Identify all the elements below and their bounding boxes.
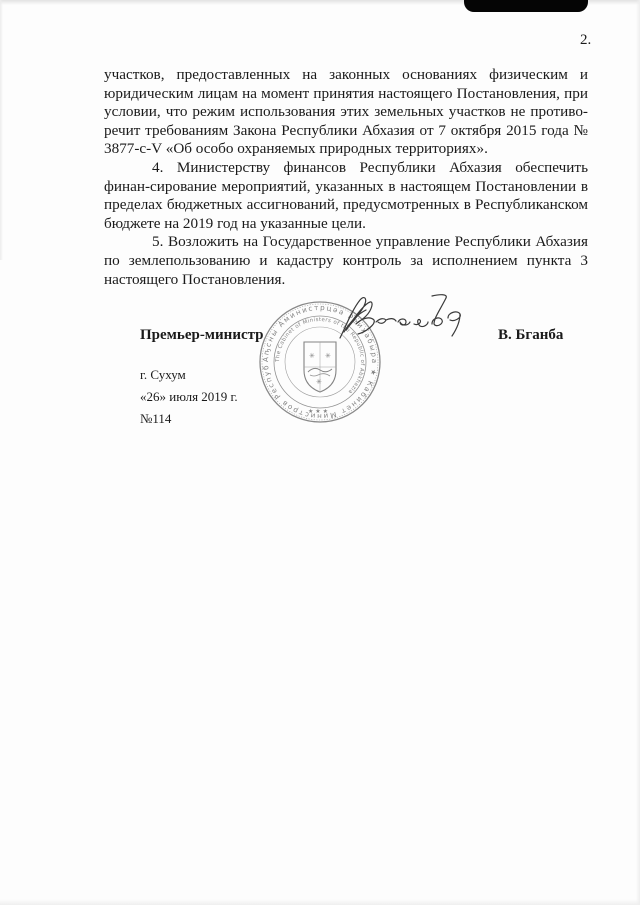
page-number: 2.	[580, 32, 591, 49]
document-body: участков, предоставленных на законных ос…	[104, 66, 588, 289]
svg-text:The Cabinet of Ministers of th: The Cabinet of Ministers of the Republic…	[275, 317, 365, 395]
paragraph-item-4: 4. Министерству финансов Республики Абха…	[104, 159, 588, 233]
redaction-mark	[464, 0, 588, 12]
document-city: г. Сухум	[140, 367, 186, 383]
handwritten-signature-icon	[336, 288, 468, 344]
signatory-title: Премьер-министр	[140, 327, 264, 344]
paragraph-item-5: 5. Возложить на Государственное управлен…	[104, 233, 588, 289]
scan-edge-bottom	[0, 899, 640, 905]
scan-edge-left	[0, 0, 3, 260]
svg-text:✳: ✳	[325, 352, 331, 360]
svg-text:Аҧсны Аминистрцәа Реиҳабыра ★: Аҧсны Аминистрцәа Реиҳабыра ★ Кабинет Ми…	[258, 300, 379, 421]
svg-text:✳: ✳	[309, 352, 315, 360]
scan-edge-right	[636, 0, 640, 905]
paragraph-continuation: участков, предоставленных на законных ос…	[104, 66, 588, 159]
official-stamp-icon: Аҧсны Аминистрцәа Реиҳабыра ★ Кабинет Ми…	[258, 300, 382, 424]
svg-text:✳: ✳	[316, 378, 322, 386]
signatory-name: В. Бганба	[498, 327, 563, 344]
document-number: №114	[140, 411, 171, 427]
document-date: «26» июля 2019 г.	[140, 389, 238, 405]
svg-text:★ ★ ★: ★ ★ ★	[308, 408, 328, 415]
